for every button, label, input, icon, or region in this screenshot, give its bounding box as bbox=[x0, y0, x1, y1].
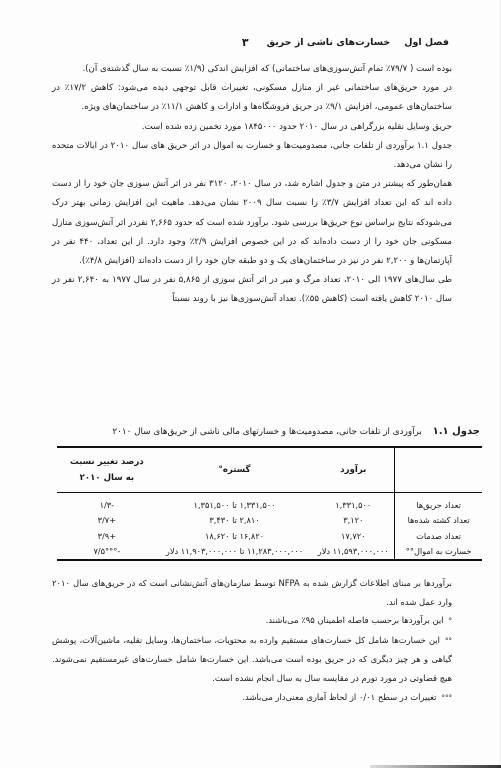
row-label: تعداد حریق‌ها bbox=[395, 493, 482, 513]
table-row: تعداد کشته شده‌ها ۳,۱۲۰ ۲,۸۱۰ تا ۳,۴۳۰ +… bbox=[57, 513, 482, 529]
source-note: برآوردها بر مبنای اطلاعات گزارش شده به N… bbox=[52, 574, 452, 611]
fire-losses-table: برآورد گستره° درصد تغییر نسبت به سال ۲۰۱… bbox=[57, 446, 482, 561]
paragraph: در مورد حریق‌های ساختمانی غیر از منازل م… bbox=[52, 79, 452, 117]
table-row: خسارت به اموال°° ۱۱,۵۹۳,۰۰۰,۰۰۰ دلار ۱۱,… bbox=[57, 544, 482, 561]
table-caption-text: برآوردی از تلفات جانی، مصدومیت‌ها و خسار… bbox=[112, 427, 421, 437]
cell-range: ۲,۸۱۰ تا ۳,۴۳۰ bbox=[157, 513, 313, 529]
paragraph: همان‌طور که پیشتر در متن و جدول اشاره شد… bbox=[52, 175, 452, 271]
header-change-line1: درصد تغییر نسبت bbox=[57, 454, 157, 470]
header-estimate: برآورد bbox=[312, 447, 394, 493]
paragraph: بوده است ( ۷۹/۷٪ تمام آتش‌سوزی‌های ساختم… bbox=[52, 60, 452, 79]
row-label: تعداد کشته شده‌ها bbox=[395, 513, 482, 529]
cell-change: +۳/۷ bbox=[57, 513, 157, 529]
header-change: درصد تغییر نسبت به سال ۲۰۱۰ bbox=[57, 447, 157, 493]
footnote-mark: °°° bbox=[442, 694, 453, 702]
cell-range: ۱۱,۲۸۳,۰۰۰,۰۰۰ تا ۱۱,۹۰۳,۰۰۰,۰۰۰ دلار bbox=[157, 544, 313, 561]
paragraph: طی سال‌های ۱۹۷۷ الی ۲۰۱۰، تعداد مرگ و می… bbox=[52, 271, 452, 309]
footnote: °°°تغییرات در سطح ۰/۰۱ از لحاظ آماری معن… bbox=[52, 688, 452, 708]
cell-change: -۷/۵°°° bbox=[57, 544, 157, 561]
cell-estimate: ۱۷,۷۲۰ bbox=[312, 528, 394, 544]
book-page: فصل اول خسارت‌های ناشی از حریق ۳ بوده اس… bbox=[0, 0, 501, 768]
cell-estimate: ۱۱,۵۹۳,۰۰۰,۰۰۰ دلار bbox=[312, 544, 394, 561]
chapter-label: فصل اول bbox=[404, 37, 449, 48]
footnote-text: این برآوردها برحسب فاصله اطمینان ۹۵٪ می‌… bbox=[266, 615, 444, 625]
header-range: گستره° bbox=[157, 447, 313, 493]
row-label: تعداد صدمات bbox=[395, 528, 482, 544]
footnote-text: تغییرات در سطح ۰/۰۱ از لحاظ آماری معنی‌د… bbox=[242, 692, 436, 702]
cell-range: ۱۶,۸۲۰ تا ۱۸,۶۲۰ bbox=[157, 528, 313, 544]
cell-change: +۳/۹ bbox=[57, 528, 157, 544]
cell-estimate: ۳,۱۲۰ bbox=[312, 513, 394, 529]
header-label bbox=[395, 447, 482, 493]
cell-estimate: ۱,۳۳۱,۵۰۰ bbox=[312, 493, 394, 513]
footnote-mark: °° bbox=[445, 637, 452, 645]
footnote-mark: ° bbox=[449, 617, 453, 625]
table-notes: برآوردها بر مبنای اطلاعات گزارش شده به N… bbox=[52, 574, 452, 707]
cell-change: -۱/۳ bbox=[57, 493, 157, 513]
page-header: فصل اول خسارت‌های ناشی از حریق ۳ bbox=[52, 34, 449, 50]
table-row: تعداد حریق‌ها ۱,۳۳۱,۵۰۰ ۱,۳۳۱,۵۰۰ تا ۱,۳… bbox=[57, 493, 482, 513]
footnote: °°این خسارت‌ها شامل کل خسارت‌های مستقیم … bbox=[52, 631, 452, 688]
page-number: ۳ bbox=[242, 36, 249, 49]
table-caption: جدول ۱.۱ برآوردی از تلفات جانی، مصدومیت‌… bbox=[80, 426, 480, 437]
chapter-title: خسارت‌های ناشی از حریق bbox=[267, 37, 391, 48]
paragraph: حریق وسایل نقلیه بزرگراهی در سال ۲۰۱۰ حد… bbox=[52, 118, 452, 137]
header-change-line2: به سال ۲۰۱۰ bbox=[57, 470, 157, 486]
body-text: بوده است ( ۷۹/۷٪ تمام آتش‌سوزی‌های ساختم… bbox=[52, 60, 452, 310]
paragraph: جدول ۱.۱ برآوردی از تلفات جانی، مصدومیت‌… bbox=[52, 137, 452, 175]
footnote-text: این خسارت‌ها شامل کل خسارت‌های مستقیم وا… bbox=[52, 635, 452, 683]
table-header-row: برآورد گستره° درصد تغییر نسبت به سال ۲۰۱… bbox=[57, 447, 482, 493]
table-row: تعداد صدمات ۱۷,۷۲۰ ۱۶,۸۲۰ تا ۱۸,۶۲۰ +۳/۹ bbox=[57, 528, 482, 544]
cell-range: ۱,۳۳۱,۵۰۰ تا ۱,۳۵۱,۵۰۰ bbox=[157, 493, 313, 513]
footnote: °این برآوردها برحسب فاصله اطمینان ۹۵٪ می… bbox=[52, 611, 452, 631]
row-label: خسارت به اموال°° bbox=[395, 544, 482, 561]
table-number: جدول ۱.۱ bbox=[433, 426, 480, 437]
